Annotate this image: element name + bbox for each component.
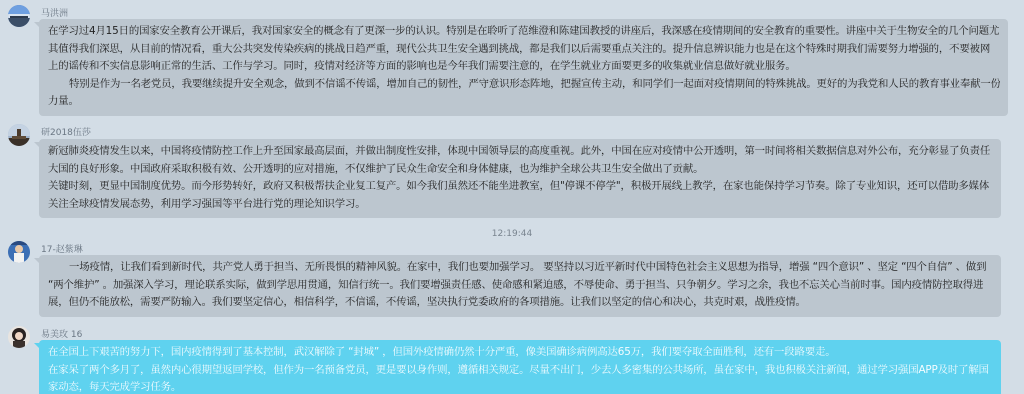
landscape-avatar[interactable] [8, 5, 30, 27]
message-line: 新冠肺炎疫情发生以来，中国将疫情防控工作上升至国家最高层面，并做出制度性安排，体… [48, 143, 993, 161]
message-line: 一场疫情，让我们看到新时代，共产党人勇于担当、无所畏惧的精神风貌。在家中，我们也… [48, 259, 993, 277]
timestamp: 12:19:44 [0, 229, 1024, 239]
person-avatar[interactable] [8, 241, 30, 263]
message-bubble[interactable]: 在全国上下艰苦的努力下，国内疫情得到了基本控制，武汉解除了 “封城” ，但国外疫… [39, 340, 1001, 394]
avatar-image [8, 124, 30, 146]
sender-name: 易美玫 16 [41, 327, 82, 340]
message-line: 在全国上下艰苦的努力下，国内疫情得到了基本控制，武汉解除了 “封城” ，但国外疫… [48, 344, 993, 362]
message-line: 家动态，每天完成学习任务。 [48, 379, 993, 394]
chat-message-list[interactable]: 马洪洲 在学习过4月15日的国家安全教育公开课后，我对国家安全的概念有了更深一步… [0, 0, 1024, 394]
message-line: 在学习过4月15日的国家安全教育公开课后，我对国家安全的概念有了更深一步的认识。… [48, 23, 1000, 41]
message-bubble[interactable]: 一场疫情，让我们看到新时代，共产党人勇于担当、无所畏惧的精神风貌。在家中，我们也… [39, 255, 1001, 317]
sender-name: 研2018伍莎 [41, 125, 91, 138]
message-bubble[interactable]: 新冠肺炎疫情发生以来，中国将疫情防控工作上升至国家最高层面，并做出制度性安排，体… [39, 139, 1001, 218]
message-line: 关键时刻，更显中国制度优势。而今形势转好，政府又积极帮扶企业复工复产。如今我们虽… [48, 178, 993, 196]
avatar-image [8, 326, 30, 348]
sender-name: 马洪洲 [41, 6, 68, 19]
message-line: “两个维护” 。加强深入学习，理论联系实际，做到学思用贯通，知信行统一。我们要增… [48, 277, 993, 295]
sender-name: 17-赵紫琳 [41, 242, 83, 255]
message-line: 关注全球疫情发展态势，利用学习强国等平台进行党的理论知识学习。 [48, 196, 993, 214]
tower-avatar[interactable] [8, 124, 30, 146]
message-line: 特别是作为一名老党员，我要继续提升安全观念，做到不信谣不传谣，增加自己的韧性，严… [48, 76, 1000, 94]
message-line: 展，但仍不能放松，需要严防输入。我们要坚定信心，相信科学，不信谣，不传谣，坚决执… [48, 294, 993, 312]
message-line: 在家呆了两个多月了，虽然内心很期望返回学校，但作为一名预备党员，更是要以身作则，… [48, 362, 993, 380]
message-bubble[interactable]: 在学习过4月15日的国家安全教育公开课后，我对国家安全的概念有了更深一步的认识。… [39, 19, 1008, 116]
message-line: 上的谣传和不实信息影响正常的生活、工作与学习。同时，疫情对经济等方面的影响也是今… [48, 58, 1000, 76]
avatar-image [8, 241, 30, 263]
message-line: 其值得我们深思，从目前的情况看，重大公共突发传染疾病的挑战日趋严重，现代公共卫生… [48, 41, 1000, 59]
message-line: 力量。 [48, 93, 1000, 111]
girl-avatar[interactable] [8, 326, 30, 348]
message-line: 大国的良好形象。中国政府采取积极有效、公开透明的应对措施，不仅维护了民众生命安全… [48, 161, 993, 179]
avatar-image [8, 5, 30, 27]
